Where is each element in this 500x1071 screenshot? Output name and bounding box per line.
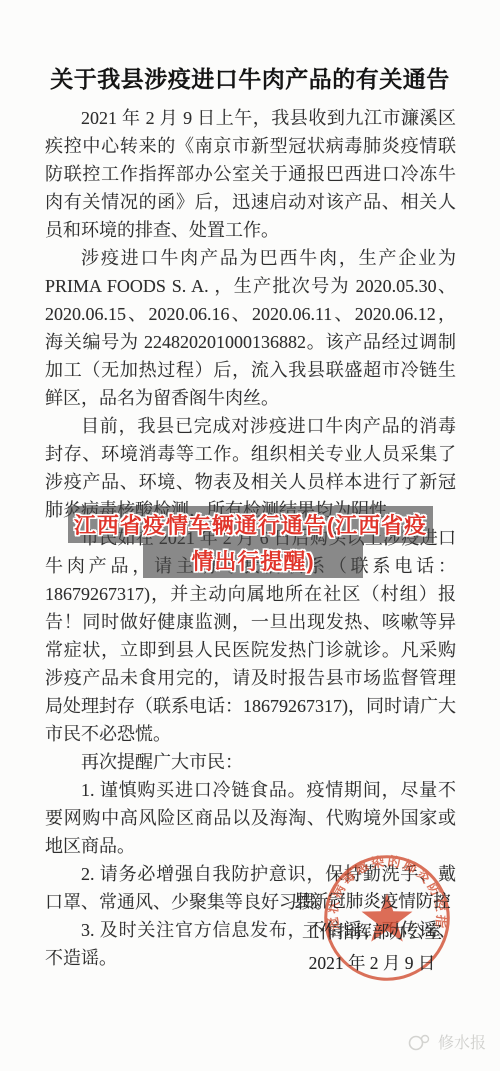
signature-line-1: 县新冠肺炎疫情防控 — [288, 886, 456, 917]
paragraph: 再次提醒广大市民： — [45, 748, 456, 776]
watermark-logo-icon — [408, 1033, 434, 1051]
paragraph: 2021 年 2 月 9 日上午，我县收到九江市濂溪区疾控中心转来的《南京市新型… — [45, 104, 456, 244]
signature-line-2: 工作指挥部办公室 — [288, 917, 456, 948]
overlay-headline-line-2: 情出行提醒) — [143, 543, 363, 578]
watermark: 修水报 — [408, 1030, 486, 1053]
scanned-notice-page: 关于我县涉疫进口牛肉产品的有关通告 2021 年 2 月 9 日上午，我县收到九… — [0, 0, 500, 1071]
overlay-headline-line-1: 江西省疫情车辆通行通告(江西省疫 — [68, 506, 433, 543]
signature-date: 2021 年 2 月 9 日 — [288, 948, 456, 979]
paragraph: 涉疫进口牛肉产品为巴西牛肉，生产企业为 PRIMA FOODS S. A. ，生… — [45, 244, 456, 412]
signature-block: 县新冠肺炎疫情防控 工作指挥部办公室 2021 年 2 月 9 日 — [288, 886, 456, 979]
paragraph: 1. 谨慎购买进口冷链食品。疫情期间，尽量不要网购中高风险区商品以及海淘、代购境… — [45, 776, 456, 860]
watermark-label: 修水报 — [438, 1030, 486, 1053]
page-title: 关于我县涉疫进口牛肉产品的有关通告 — [0, 61, 500, 94]
